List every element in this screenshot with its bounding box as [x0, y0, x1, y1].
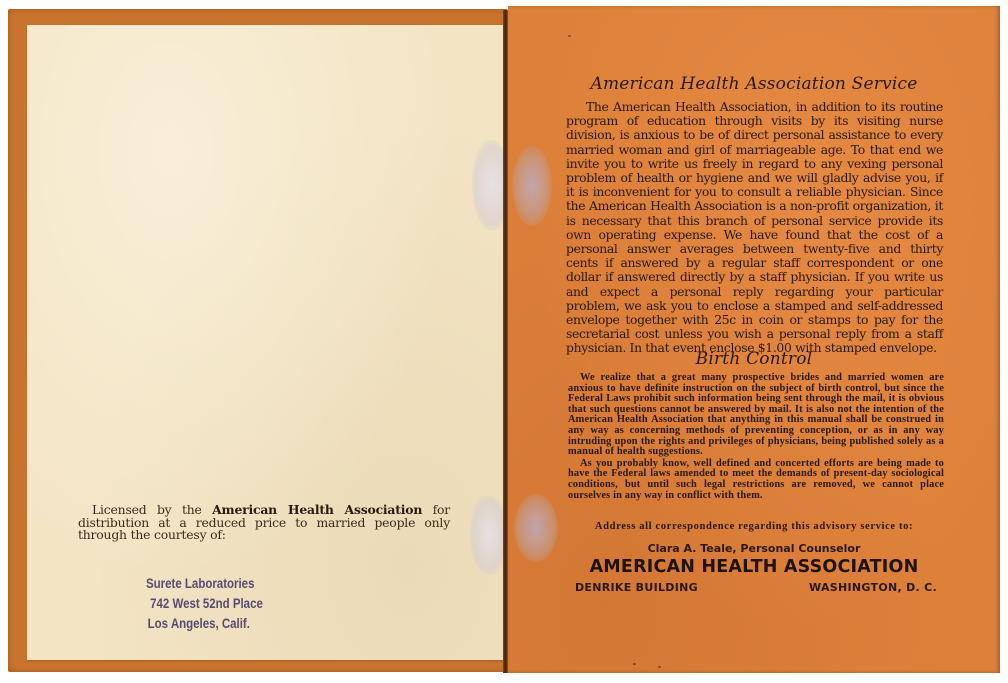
license-notice: Licensed by the American Health Associat… [78, 504, 450, 542]
address-intro: Address all correspondence regarding thi… [508, 521, 1000, 532]
water-stain [512, 146, 552, 226]
section-heading-service: American Health Association Service [508, 74, 1000, 94]
birth-control-paragraph-1: We realize that a great many prospective… [568, 373, 944, 458]
stamp-city: Los Angeles, Calif. [146, 613, 263, 633]
left-page [27, 25, 503, 660]
birth-control-text: We realize that a great many prospective… [568, 373, 944, 501]
birth-control-paragraph-2: As you probably know, well defined and c… [568, 459, 944, 501]
service-paragraph: The American Health Association, in addi… [566, 100, 943, 356]
stamp-street: 742 West 52nd Place [146, 593, 263, 613]
city-name: WASHINGTON, D. C. [809, 581, 937, 594]
counselor-name: Clara A. Teale, Personal Counselor [508, 542, 1000, 555]
service-paragraph-text: The American Health Association, in addi… [566, 100, 943, 356]
stamp-company: Surete Laboratories [146, 573, 263, 593]
distributor-stamp: Surete Laboratories 742 West 52nd Place … [146, 573, 263, 633]
building-name: DENRIKE BUILDING [575, 581, 698, 594]
organization-name: AMERICAN HEALTH ASSOCIATION [508, 557, 1000, 577]
